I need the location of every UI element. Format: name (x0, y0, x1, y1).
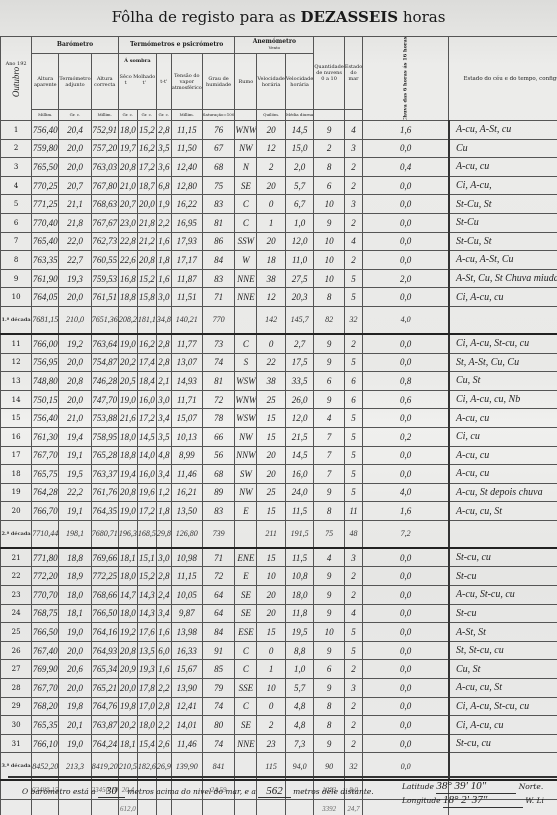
data-cell: SSE (235, 679, 257, 698)
table-row: 2759,8020,0757,2019,716,23,511,5067NW121… (1, 139, 557, 158)
data-cell: 20,9 (118, 660, 137, 679)
vapor-tension-header: Tensão do vapor atmosférico (171, 54, 202, 110)
monthly-total-cell (137, 800, 156, 815)
data-cell: 15 (257, 427, 285, 446)
data-cell: 18,7 (137, 176, 156, 195)
data-cell: 2,8 (156, 334, 171, 353)
day-number: 28 (1, 679, 32, 698)
data-cell: NNE (235, 288, 257, 307)
data-cell: 17,17 (171, 251, 202, 270)
data-cell: 25 (257, 390, 285, 409)
data-cell: 1,8 (156, 251, 171, 270)
data-cell: NW (235, 483, 257, 502)
barometer-group-header: Barómetro (32, 37, 119, 54)
table-bottom-rule (8, 776, 557, 778)
decade-total-cell: 739 (202, 520, 235, 548)
data-cell: S (235, 353, 257, 372)
data-cell: 16,21 (171, 483, 202, 502)
data-cell: 12,0 (285, 232, 313, 251)
sky-state-cell: A-St, Cu, St Chuva miuda intermitente, v… (449, 269, 557, 288)
data-cell: 6 (344, 390, 362, 409)
decade-total-cell: 208,2 (118, 306, 137, 334)
data-cell: 5 (344, 353, 362, 372)
rain-header: Chuva das 6 horas ás 16 horas (363, 37, 449, 121)
monthly-total-cell (59, 800, 91, 815)
data-cell: 1,6 (156, 232, 171, 251)
thermometer-group-header: Termómetros e psicrómetro (118, 37, 235, 54)
data-cell: 20,7 (118, 195, 137, 214)
data-cell: 10 (314, 269, 344, 288)
data-cell: 22,8 (118, 232, 137, 251)
table-row: 27769,9020,6765,3420,919,31,615,6785C11,… (1, 660, 557, 679)
data-cell: 759,80 (32, 139, 59, 158)
data-cell: 16,2 (137, 334, 156, 353)
sky-state-cell: A-cu, cu (449, 446, 557, 465)
data-cell: 85 (202, 660, 235, 679)
data-cell: 20 (257, 232, 285, 251)
decade-total-cell: 29,8 (156, 520, 171, 548)
data-cell: 0,0 (363, 334, 449, 353)
data-cell: C (235, 334, 257, 353)
data-cell: 756,40 (32, 409, 59, 428)
register-sheet: Fôlha de registo para as DEZASSEIS horas… (0, 0, 557, 815)
data-cell: 0,0 (363, 623, 449, 642)
sky-state-cell: A-cu, cu (449, 158, 557, 177)
data-cell: 20,0 (59, 353, 91, 372)
data-cell: 9 (314, 121, 344, 140)
data-cell: 2,0 (285, 158, 313, 177)
data-cell: 763,64 (91, 334, 118, 353)
data-cell: 4 (344, 604, 362, 623)
monthly-total-cell (91, 800, 118, 815)
sky-state-cell: Ci, A-cu, cu (449, 716, 557, 735)
data-cell: 68 (202, 465, 235, 484)
data-cell: 12,40 (171, 158, 202, 177)
data-cell: 19,4 (59, 427, 91, 446)
data-cell: 772,20 (32, 567, 59, 586)
data-cell: 6 (344, 372, 362, 391)
decade-total-cell (449, 520, 557, 548)
data-cell: 2 (344, 660, 362, 679)
data-cell: 18 (257, 251, 285, 270)
data-cell: 20,0 (59, 390, 91, 409)
data-cell: 22,0 (59, 232, 91, 251)
unit-empty (235, 110, 257, 121)
sea-state-header: Estado do mar (344, 37, 362, 110)
data-cell: 83 (202, 269, 235, 288)
data-cell: 765,40 (32, 232, 59, 251)
data-cell: 2 (344, 586, 362, 605)
sky-state-cell: A-cu, St-cu, cu (449, 586, 557, 605)
data-cell: 750,15 (32, 390, 59, 409)
data-cell: 7 (314, 446, 344, 465)
sky-state-cell: Ci, A-cu, (449, 176, 557, 195)
month-header: Ano 192 Outubro (1, 37, 32, 121)
data-cell: 20,2 (118, 353, 137, 372)
table-row: 21771,8018,8769,6618,115,13,010,9871ENE1… (1, 548, 557, 567)
sky-state-cell: Ci, A-cu, cu, Nb (449, 390, 557, 409)
data-cell: 38 (257, 372, 285, 391)
data-cell: WSW (235, 409, 257, 428)
decade-total-cell: 7710,44 (32, 520, 59, 548)
data-cell: 766,10 (32, 734, 59, 753)
data-cell: 9,87 (171, 604, 202, 623)
data-cell: 10,8 (285, 567, 313, 586)
table-row: 29768,2019,8764,7619,817,02,812,4174C04,… (1, 697, 557, 716)
decade-total-row: 1.ª década7681,15210,07651,36208,2181,13… (1, 306, 557, 334)
data-cell: 18,8 (118, 446, 137, 465)
day-number: 3 (1, 158, 32, 177)
data-cell: 17,0 (137, 697, 156, 716)
data-cell: 16,95 (171, 213, 202, 232)
data-cell: 19,7 (118, 139, 137, 158)
data-cell: 72 (202, 390, 235, 409)
data-cell: 20 (257, 604, 285, 623)
data-cell: SE (235, 716, 257, 735)
data-cell: 19,5 (59, 465, 91, 484)
data-cell: 19,2 (59, 334, 91, 353)
data-cell: 13,50 (171, 502, 202, 521)
decade-label: 1.ª década (1, 306, 32, 334)
table-row: 28767,7020,0765,2120,017,82,213,9079SSE1… (1, 679, 557, 698)
sky-state-cell: Ci, A-cu, St-cu, cu (449, 334, 557, 353)
data-cell: 86 (202, 232, 235, 251)
data-cell: 15,07 (171, 409, 202, 428)
barometer-note: O barómetro está a 30 metros acima do ni… (22, 785, 374, 797)
data-cell: 10,05 (171, 586, 202, 605)
data-cell: 17,93 (171, 232, 202, 251)
data-cell: 5 (344, 641, 362, 660)
data-cell: 21,0 (59, 409, 91, 428)
table-row: 15756,4021,0753,8821,617,23,415,0778WSW1… (1, 409, 557, 428)
decade-total-cell: 75 (314, 520, 344, 548)
data-cell: 0,0 (363, 353, 449, 372)
data-cell: 3,4 (156, 604, 171, 623)
data-cell: 766,00 (32, 334, 59, 353)
data-cell: 0,0 (363, 604, 449, 623)
unit-empty (314, 110, 344, 121)
day-number: 7 (1, 232, 32, 251)
data-cell: 19,0 (118, 390, 137, 409)
data-cell: 9 (314, 641, 344, 660)
data-cell: 20,8 (118, 483, 137, 502)
data-cell: 74 (202, 353, 235, 372)
sky-state-cell: Ci, A-cu, cu (449, 288, 557, 307)
data-cell: 84 (202, 251, 235, 270)
sky-state-cell: Cu, St (449, 660, 557, 679)
data-cell: 762,73 (91, 232, 118, 251)
table-row: 7765,4022,0762,7322,821,21,617,9386SSW20… (1, 232, 557, 251)
data-cell: C (235, 195, 257, 214)
data-cell: 761,76 (91, 483, 118, 502)
data-cell: 1,6 (156, 660, 171, 679)
data-cell: 10 (257, 567, 285, 586)
data-cell: 20,1 (59, 716, 91, 735)
data-cell: 16,33 (171, 641, 202, 660)
data-cell: 16,2 (137, 139, 156, 158)
data-cell: 0,0 (363, 195, 449, 214)
data-cell: 19,0 (59, 734, 91, 753)
data-cell: 0,0 (363, 213, 449, 232)
table-row: 30765,3520,1763,8720,218,02,214,0180SE24… (1, 716, 557, 735)
data-cell: 17,8 (137, 679, 156, 698)
longitude-label: Longitude (402, 796, 441, 805)
data-cell: 4,8 (156, 446, 171, 465)
monthly-total-cell (171, 800, 202, 815)
monthly-total-cell (156, 800, 171, 815)
corrected-height-header: Altura correcta (91, 54, 118, 110)
day-number: 20 (1, 502, 32, 521)
data-cell: 9 (314, 353, 344, 372)
data-cell: 22,6 (118, 251, 137, 270)
data-cell: 15 (257, 502, 285, 521)
unit-saturation: Saturação=100 (202, 110, 235, 121)
data-cell: 17,4 (137, 353, 156, 372)
data-cell: 3 (344, 548, 362, 567)
data-cell: 0,0 (363, 176, 449, 195)
month-name: Outubro (13, 66, 19, 96)
unit-km: Quilóm. (257, 110, 285, 121)
data-cell: 2 (257, 158, 285, 177)
data-cell: 1,0 (285, 660, 313, 679)
data-cell: 21,5 (285, 427, 313, 446)
data-cell: 5 (344, 446, 362, 465)
data-cell: 0,0 (363, 232, 449, 251)
day-number: 5 (1, 195, 32, 214)
table-row: 24768,7518,1766,5018,014,33,49,8764SE201… (1, 604, 557, 623)
unit-daily-mean: Média diurna (285, 110, 313, 121)
table-row: 31766,1019,0764,2418,115,42,611,4674NNE2… (1, 734, 557, 753)
data-cell: 2,8 (156, 121, 171, 140)
decade-total-cell: 140,21 (171, 306, 202, 334)
day-number: 12 (1, 353, 32, 372)
data-cell: 15,0 (285, 139, 313, 158)
data-cell: 2 (344, 176, 362, 195)
data-cell: 15 (257, 548, 285, 567)
data-cell: 20,0 (137, 195, 156, 214)
decade-total-cell: 82 (314, 306, 344, 334)
data-cell: 9 (314, 679, 344, 698)
wind-direction-header: Rumo (235, 54, 257, 110)
data-cell: 20,0 (59, 288, 91, 307)
wind-speed-header: Velocidade horária (257, 54, 285, 110)
empty-cell (1, 800, 32, 815)
data-cell: 9 (314, 734, 344, 753)
decade-total-cell: 191,5 (285, 520, 313, 548)
monthly-total-cell (202, 800, 235, 815)
data-cell: 20,8 (118, 158, 137, 177)
data-cell: 20,0 (59, 139, 91, 158)
data-cell: 0,8 (363, 372, 449, 391)
data-cell: 24,0 (285, 483, 313, 502)
data-cell: 0,0 (363, 446, 449, 465)
data-cell: 14,01 (171, 716, 202, 735)
data-cell: 2 (344, 716, 362, 735)
data-cell: 0,0 (363, 409, 449, 428)
wet-header: Molhado t' (132, 74, 155, 86)
data-cell: 1,6 (363, 121, 449, 140)
decade-total-cell: 211 (257, 520, 285, 548)
sky-state-cell: St, St-cu, cu (449, 641, 557, 660)
monthly-total-cell (32, 800, 59, 815)
data-cell: 766,70 (32, 502, 59, 521)
sky-state-header: Estado do céu e do tempo, configuração d… (449, 37, 557, 121)
data-cell: 3,4 (156, 409, 171, 428)
data-cell: 752,91 (91, 121, 118, 140)
data-cell: 20,0 (59, 679, 91, 698)
data-cell: 0,0 (363, 734, 449, 753)
data-cell: 8 (314, 158, 344, 177)
weather-register-table: Ano 192 Outubro Barómetro Termómetros e … (0, 36, 557, 815)
data-cell: 11,0 (285, 251, 313, 270)
data-cell: 19,0 (118, 334, 137, 353)
data-cell: 14,5 (285, 446, 313, 465)
sea-distance-value: 562 (258, 785, 291, 798)
data-cell: 5 (344, 427, 362, 446)
decade-total-cell: 4,0 (363, 306, 449, 334)
decade-total-cell: 770 (202, 306, 235, 334)
data-cell: 0,0 (363, 251, 449, 270)
data-cell: 767,67 (91, 213, 118, 232)
data-cell: 746,28 (91, 372, 118, 391)
data-cell: C (235, 213, 257, 232)
data-cell: 20,6 (59, 660, 91, 679)
data-cell: 770,40 (32, 213, 59, 232)
data-cell: 18,1 (118, 734, 137, 753)
data-cell: 19,5 (285, 623, 313, 642)
monthly-total-cell (235, 800, 257, 815)
data-cell: 8 (314, 502, 344, 521)
sky-state-cell: Cu, St (449, 372, 557, 391)
data-cell: SE (235, 604, 257, 623)
data-cell: 19,1 (59, 502, 91, 521)
data-cell: 83 (202, 195, 235, 214)
data-cell: 22,2 (59, 483, 91, 502)
data-cell: NNW (235, 446, 257, 465)
data-cell: 18,0 (59, 586, 91, 605)
data-cell: 770,70 (32, 586, 59, 605)
decade-total-cell: 168,5 (137, 520, 156, 548)
data-cell: 0,0 (363, 465, 449, 484)
data-cell: 763,35 (32, 251, 59, 270)
data-cell: 0 (257, 641, 285, 660)
data-cell: 764,24 (91, 734, 118, 753)
data-cell: 3 (344, 139, 362, 158)
day-number: 4 (1, 176, 32, 195)
data-cell: 5 (344, 409, 362, 428)
data-cell: 1,6 (156, 269, 171, 288)
day-number: 18 (1, 465, 32, 484)
data-cell: 19,2 (118, 623, 137, 642)
data-cell: NNE (235, 269, 257, 288)
data-cell: 11,46 (171, 465, 202, 484)
day-number: 30 (1, 716, 32, 735)
data-cell: 11,71 (171, 390, 202, 409)
data-cell: 12,41 (171, 697, 202, 716)
data-cell: 767,40 (32, 641, 59, 660)
data-cell: 20 (257, 586, 285, 605)
data-cell: 766,50 (32, 623, 59, 642)
data-cell: 17,6 (137, 623, 156, 642)
data-cell: 14,0 (137, 446, 156, 465)
data-cell: 11,50 (171, 139, 202, 158)
monthly-total-cell (257, 800, 285, 815)
monthly-total-cell: 24,7 (344, 800, 362, 815)
sky-state-cell: Ci, cu (449, 427, 557, 446)
data-cell: 15,2 (137, 269, 156, 288)
data-cell: 2 (344, 251, 362, 270)
data-cell: 1 (257, 660, 285, 679)
data-cell: 760,55 (91, 251, 118, 270)
data-cell: 771,25 (32, 195, 59, 214)
data-cell: 79 (202, 679, 235, 698)
difference-header: t-t' (156, 54, 171, 110)
unit-c: Gr. c. (137, 110, 156, 121)
data-cell: 21,0 (118, 176, 137, 195)
data-cell: 18,8 (59, 548, 91, 567)
data-cell: 4 (344, 232, 362, 251)
barometer-note-suffix: metros dêle distante. (293, 787, 374, 796)
data-cell: 74 (202, 697, 235, 716)
data-cell: 1 (257, 213, 285, 232)
day-number: 13 (1, 372, 32, 391)
data-cell: 8,99 (171, 446, 202, 465)
data-cell: 16,0 (137, 390, 156, 409)
data-cell: 754,87 (91, 353, 118, 372)
data-cell: 16,22 (171, 195, 202, 214)
data-cell: 763,37 (91, 465, 118, 484)
data-cell: 16,0 (285, 465, 313, 484)
barometer-note-prefix: O barómetro está a (22, 787, 96, 796)
data-cell: 11,46 (171, 734, 202, 753)
data-cell: 18,0 (118, 121, 137, 140)
sky-state-cell: A-St, St (449, 623, 557, 642)
data-cell: 6 (314, 176, 344, 195)
data-cell: 8 (314, 288, 344, 307)
data-cell: 2 (344, 567, 362, 586)
longitude-value: 18° 2' 37" (443, 794, 523, 808)
data-cell: 0,0 (363, 660, 449, 679)
data-cell: 768,75 (32, 604, 59, 623)
data-cell: SW (235, 465, 257, 484)
data-cell: 10 (314, 232, 344, 251)
day-number: 17 (1, 446, 32, 465)
data-cell: 22 (257, 353, 285, 372)
data-cell: 772,25 (91, 567, 118, 586)
dry-header: Sêco t (119, 74, 133, 86)
data-cell: 5 (344, 288, 362, 307)
table-row: 14750,1520,0747,7019,016,03,011,7172WNW2… (1, 390, 557, 409)
data-cell: 10,98 (171, 548, 202, 567)
data-cell: 20,3 (285, 288, 313, 307)
data-cell: 14,5 (285, 121, 313, 140)
data-cell: 15,2 (137, 121, 156, 140)
table-row: 3765,5020,0763,0320,817,23,612,4068N22,0… (1, 158, 557, 177)
sky-state-cell: St-cu (449, 604, 557, 623)
day-number: 10 (1, 288, 32, 307)
data-cell: 757,20 (91, 139, 118, 158)
table-row: 26767,4020,0764,9320,813,56,016,3391C08,… (1, 641, 557, 660)
data-cell: 16,0 (137, 465, 156, 484)
data-cell: 11,5 (285, 502, 313, 521)
data-cell: 3,5 (156, 139, 171, 158)
data-cell: 2,2 (156, 716, 171, 735)
data-cell: 1,8 (156, 502, 171, 521)
decade-total-cell: 145,7 (285, 306, 313, 334)
data-cell: 763,87 (91, 716, 118, 735)
data-cell: 9 (314, 483, 344, 502)
data-cell: 20,8 (118, 641, 137, 660)
